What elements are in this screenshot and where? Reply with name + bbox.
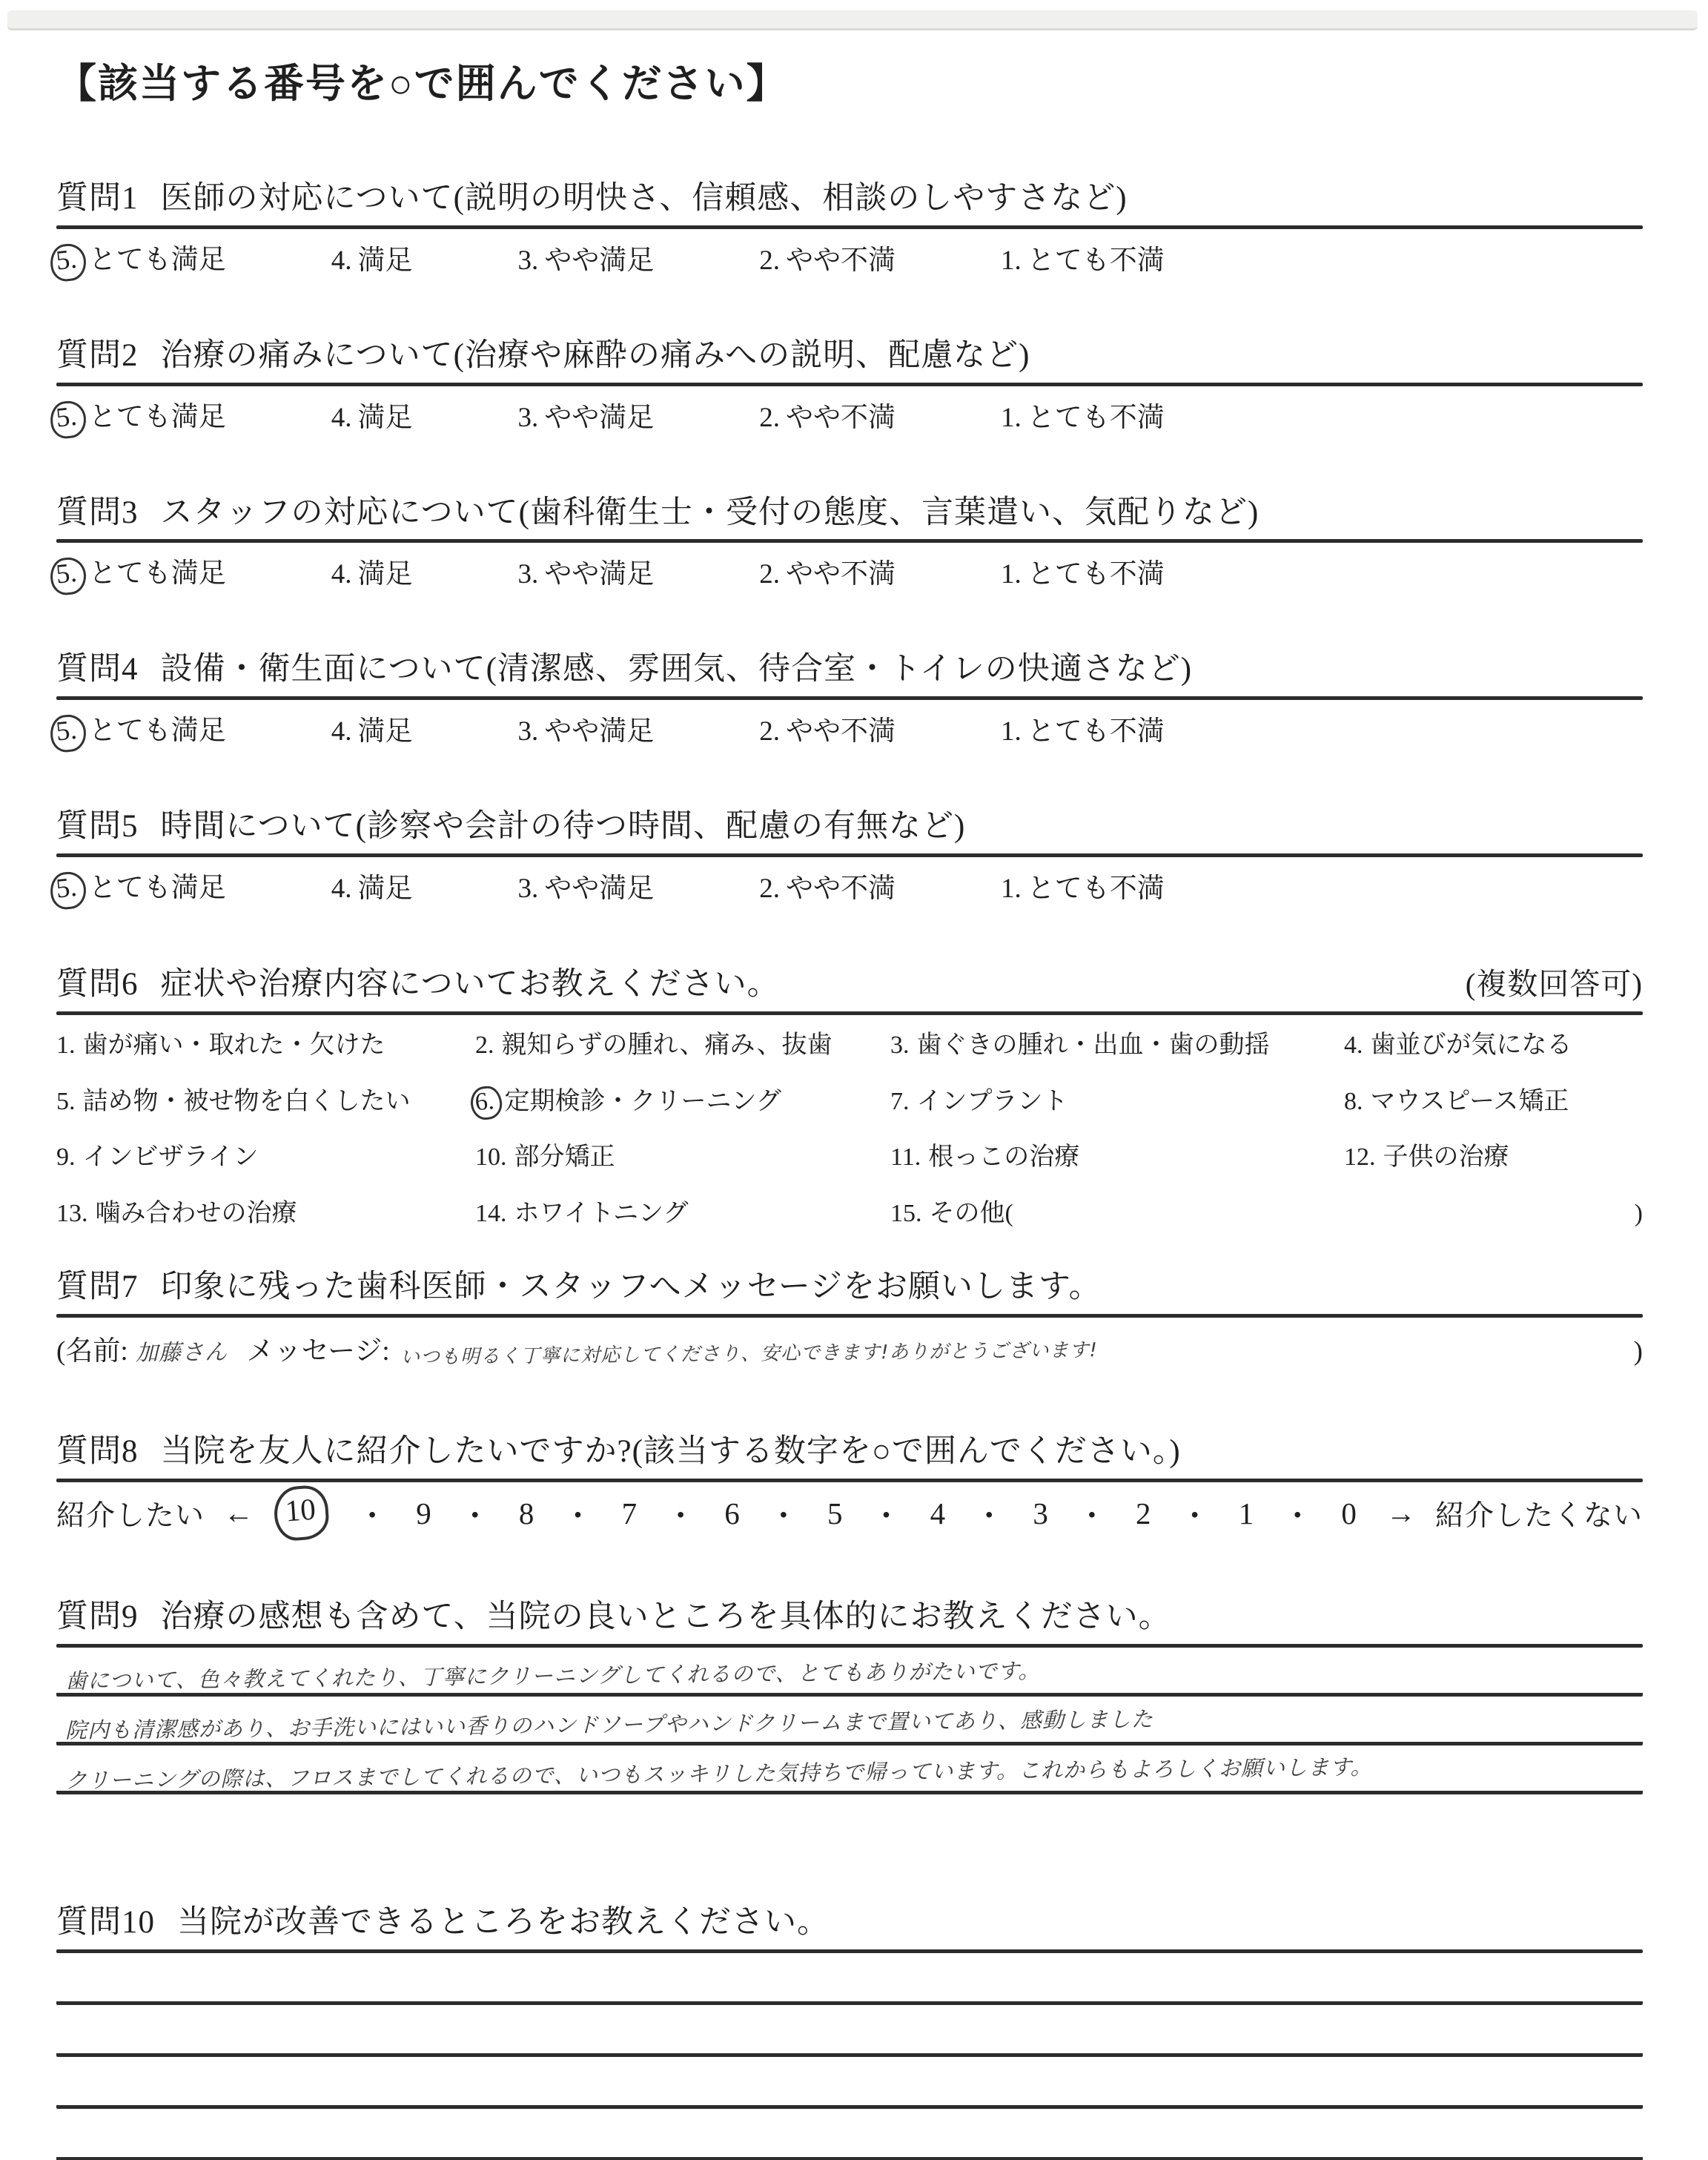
question-2-heading: 質問2治療の痛みについて(治療や麻酔の痛みへの説明、配慮など) [56, 335, 1643, 377]
rating-option-1: 1.とても不満 [1001, 714, 1165, 750]
symptom-option-5: 5.詰め物・被せ物を白くしたい [56, 1085, 475, 1119]
scale-separator: ・ [460, 1491, 490, 1535]
option-number: 13. [56, 1200, 88, 1227]
right-arrow-icon: → [1386, 1496, 1416, 1530]
option-label: とても満足 [89, 873, 226, 903]
symptom-option-8: 8.マウスピース矯正 [1344, 1085, 1643, 1119]
circled-answer-mark: 5. [49, 871, 88, 911]
option-label: 満足 [358, 716, 413, 747]
question-number: 質問5 [56, 809, 139, 844]
question-number: 質問6 [56, 967, 139, 1002]
option-number: 4. [331, 403, 352, 433]
survey-form-page: 【該当する番号を○で囲んでください】 質問1医師の対応について(説明の明快さ、信… [0, 0, 1708, 2160]
option-label: やや不満 [786, 716, 896, 747]
option-number: 15. [890, 1200, 922, 1227]
option-number: 8. [1344, 1088, 1363, 1115]
question-1-block: 質問1医師の対応について(説明の明快さ、信頼感、相談のしやすさなど) 5.とても… [56, 178, 1643, 280]
option-label: 子供の治療 [1383, 1143, 1509, 1171]
option-label: 満足 [358, 403, 413, 433]
close-paren: ) [1634, 1335, 1643, 1367]
option-number: 7. [890, 1088, 910, 1115]
divider [56, 1314, 1643, 1318]
option-label: やや満足 [544, 245, 654, 276]
option-number: 11. [890, 1143, 921, 1171]
handwritten-answer: 院内も清潔感があり、お手洗いにはいい香りのハンドソープやハンドクリームまで置いて… [56, 1702, 1153, 1745]
option-number: 1. [1001, 559, 1022, 589]
scale-separator: ・ [666, 1491, 696, 1535]
option-number: 3. [518, 716, 539, 747]
rating-option-3: 3.やや満足 [518, 243, 655, 279]
option-number: 1. [1001, 873, 1022, 904]
question-5-block: 質問5時間について(診察や会計の待つ時間、配慮の有無など) 5.とても満足 4.… [56, 806, 1643, 908]
divider [56, 853, 1643, 857]
question-number: 質問3 [56, 495, 139, 530]
option-number: 1. [1001, 716, 1022, 747]
option-label: とても不満 [1027, 245, 1165, 276]
option-number: 2. [759, 403, 780, 433]
question-9-heading: 質問9治療の感想も含めて、当院の良いところを具体的にお教えください。 [56, 1596, 1643, 1638]
question-topic: 医師の対応について(説明の明快さ、信頼感、相談のしやすさなど) [161, 181, 1128, 216]
scale-separator: ・ [1179, 1491, 1210, 1535]
scale-4: 4 [930, 1496, 946, 1531]
scale-separator: ・ [1076, 1491, 1107, 1535]
scale-separator: ・ [563, 1491, 593, 1535]
symptom-option-15-other: 15.その他( [890, 1197, 1344, 1231]
option-number: 3. [518, 245, 539, 276]
circled-answer-mark: 5. [49, 556, 88, 597]
option-label: 歯が痛い・取れた・欠けた [83, 1031, 385, 1059]
circled-answer-mark: 5. [49, 713, 88, 754]
question-1-options: 5.とても満足 4.満足 3.やや満足 2.やや不満 1.とても不満 [56, 242, 1643, 280]
empty-answer-line-4 [56, 2109, 1643, 2160]
option-label: 満足 [358, 245, 413, 276]
rating-option-4: 4.満足 [331, 871, 413, 907]
circled-answer-mark: 5. [49, 399, 88, 440]
symptom-option-10: 10.部分矯正 [475, 1140, 890, 1175]
scale-0: 0 [1341, 1496, 1357, 1531]
option-number: 1. [1001, 245, 1022, 276]
rating-option-4: 4.満足 [331, 400, 413, 436]
answer-line-1: 歯について、色々教えてくれたり、丁寧にクリーニングしてくれるので、とてもありがた… [56, 1648, 1643, 1697]
rating-option-2: 2.やや不満 [759, 871, 896, 907]
handwritten-answer: クリーニングの際は、フロスまでしてくれるので、いつもスッキリした気持ちで帰ってい… [56, 1751, 1373, 1794]
scale-9: 9 [416, 1496, 431, 1531]
question-6-block: 質問6症状や治療内容についてお教えください。 (複数回答可) 1.歯が痛い・取れ… [56, 960, 1643, 1231]
question-number: 質問1 [56, 181, 139, 216]
option-number: 4. [1344, 1031, 1363, 1059]
scale-separator: ・ [974, 1491, 1004, 1535]
option-label: とても満足 [89, 245, 226, 275]
question-9-block: 質問9治療の感想も含めて、当院の良いところを具体的にお教えください。 歯について… [56, 1596, 1643, 1794]
question-7-block: 質問7印象に残った歯科医師・スタッフへメッセージをお願いします。 (名前: 加藤… [56, 1266, 1643, 1368]
question-4-options: 5.とても満足 4.満足 3.やや満足 2.やや不満 1.とても不満 [56, 713, 1643, 750]
circled-scale-10: 10 [273, 1484, 331, 1542]
form-content: 【該当する番号を○で囲んでください】 質問1医師の対応について(説明の明快さ、信… [56, 0, 1643, 2160]
rating-option-1: 1.とても不満 [1001, 243, 1165, 279]
handwritten-message: いつも明るく丁寧に対応してくださり、安心できます!ありがとうございます! [400, 1335, 1098, 1370]
question-1-heading: 質問1医師の対応について(説明の明快さ、信頼感、相談のしやすさなど) [56, 178, 1643, 219]
option-number: 4. [331, 873, 352, 904]
option-number: 1. [56, 1031, 76, 1059]
question-8-block: 質問8当院を友人に紹介したいですか?(該当する数字を○で囲んでください。) 紹介… [56, 1431, 1643, 1535]
question-4-block: 質問4設備・衛生面について(清潔感、雰囲気、待合室・トイレの快適さなど) 5.と… [56, 649, 1643, 750]
option-label: インプラント [917, 1088, 1068, 1115]
option-number: 2. [759, 245, 780, 276]
question-5-heading: 質問5時間について(診察や会計の待つ時間、配慮の有無など) [56, 806, 1643, 848]
rating-option-5: 5.とても満足 [56, 242, 226, 280]
scale-7: 7 [622, 1496, 638, 1531]
question-topic: 当院が改善できるところをお教えください。 [177, 1905, 830, 1940]
rating-option-4: 4.満足 [331, 557, 413, 592]
option-label: 歯ぐきの腫れ・出血・歯の動揺 [917, 1031, 1270, 1059]
option-number: 9. [56, 1143, 76, 1171]
handwritten-name: 加藤さん [135, 1333, 227, 1367]
option-label: 満足 [358, 559, 413, 589]
scale-5: 5 [827, 1496, 843, 1531]
scale-3: 3 [1033, 1496, 1048, 1531]
symptom-option-11: 11.根っこの治療 [890, 1140, 1344, 1175]
symptom-option-14: 14.ホワイトニング [475, 1197, 890, 1231]
option-label: その他( [930, 1200, 1013, 1227]
rating-option-3: 3.やや満足 [518, 400, 655, 436]
option-label: とても不満 [1027, 873, 1165, 904]
option-label: 歯並びが気になる [1371, 1031, 1572, 1059]
question-2-options: 5.とても満足 4.満足 3.やや満足 2.やや不満 1.とても不満 [56, 400, 1643, 437]
option-label: 詰め物・被せ物を白くしたい [83, 1088, 411, 1115]
question-3-heading: 質問3スタッフの対応について(歯科衛生士・受付の態度、言葉遣い、気配りなど) [56, 492, 1643, 534]
rating-option-4: 4.満足 [331, 714, 413, 750]
divider [56, 539, 1643, 543]
question-number: 質問7 [56, 1269, 139, 1304]
question-10-heading: 質問10当院が改善できるところをお教えください。 [56, 1902, 1643, 1943]
symptom-option-12: 12.子供の治療 [1344, 1140, 1643, 1175]
question-10-block: 質問10当院が改善できるところをお教えください。 [56, 1902, 1643, 2160]
option-number: 2. [759, 559, 780, 589]
option-label: マウスピース矯正 [1371, 1088, 1569, 1115]
option-label: とても不満 [1027, 559, 1165, 589]
divider [56, 1479, 1643, 1482]
option-label: やや不満 [786, 403, 896, 433]
question-2-block: 質問2治療の痛みについて(治療や麻酔の痛みへの説明、配慮など) 5.とても満足 … [56, 335, 1643, 437]
question-topic: 印象に残った歯科医師・スタッフへメッセージをお願いします。 [161, 1269, 1102, 1304]
scale-separator: ・ [1282, 1491, 1313, 1535]
rating-option-1: 1.とても不満 [1001, 871, 1165, 907]
option-label: 根っこの治療 [928, 1143, 1079, 1171]
option-label: とても満足 [89, 558, 226, 589]
multiple-answers-note: (複数回答可) [1466, 960, 1643, 1003]
option-label: やや満足 [544, 716, 654, 747]
option-label: とても不満 [1027, 403, 1165, 433]
divider [56, 225, 1643, 229]
question-6-heading: 質問6症状や治療内容についてお教えください。 [56, 964, 780, 1005]
question-topic: 治療の痛みについて(治療や麻酔の痛みへの説明、配慮など) [161, 338, 1030, 373]
rating-option-5: 5.とても満足 [56, 556, 226, 593]
option-number: 2. [759, 716, 780, 747]
rating-option-2: 2.やや不満 [759, 714, 896, 750]
question-topic: 治療の感想も含めて、当院の良いところを具体的にお教えください。 [161, 1599, 1171, 1634]
symptom-option-6-circled: 6.定期検診・クリーニング [475, 1085, 890, 1119]
question-7-heading: 質問7印象に残った歯科医師・スタッフへメッセージをお願いします。 [56, 1266, 1643, 1308]
option-number: 5. [56, 1088, 76, 1115]
rating-option-2: 2.やや不満 [759, 400, 896, 436]
option-number: 2. [759, 873, 780, 904]
rating-option-2: 2.やや不満 [759, 243, 896, 279]
option-number: 3. [518, 873, 539, 904]
option-label: やや満足 [544, 873, 654, 904]
option-label: やや不満 [786, 559, 896, 589]
option-number: 12. [1344, 1143, 1376, 1171]
answer-line-2: 院内も清潔感があり、お手洗いにはいい香りのハンドソープやハンドクリームまで置いて… [56, 1697, 1643, 1745]
rating-option-5: 5.とても満足 [56, 400, 226, 437]
option-label: 満足 [358, 873, 413, 904]
name-prefix-label: (名前: [56, 1328, 128, 1368]
scale-separator: ・ [871, 1491, 901, 1535]
divider [56, 696, 1643, 700]
rating-option-1: 1.とても不満 [1001, 400, 1165, 436]
scale-left-label: 紹介したい [56, 1493, 205, 1534]
scale-8: 8 [519, 1496, 534, 1531]
option-number: 4. [331, 559, 352, 589]
rating-option-5: 5.とても満足 [56, 713, 226, 750]
symptom-option-1: 1.歯が痛い・取れた・欠けた [56, 1028, 475, 1063]
symptom-option-13: 13.噛み合わせの治療 [56, 1197, 475, 1231]
option-label: やや満足 [544, 559, 654, 589]
question-6-heading-row: 質問6症状や治療内容についてお教えください。 (複数回答可) [56, 960, 1643, 1005]
option-label: ホワイトニング [514, 1200, 689, 1227]
rating-option-1: 1.とても不満 [1001, 557, 1165, 592]
option-label: とても満足 [89, 402, 226, 432]
option-number: 14. [475, 1200, 507, 1227]
symptom-option-3: 3.歯ぐきの腫れ・出血・歯の動揺 [890, 1028, 1344, 1063]
left-arrow-icon: ← [224, 1496, 254, 1530]
option-label: とても満足 [89, 716, 226, 746]
option-number: 4. [331, 245, 352, 276]
option-number: 3. [518, 559, 539, 589]
scale-right-label: 紹介したくない [1435, 1493, 1643, 1534]
question-number: 質問10 [56, 1905, 155, 1940]
scale-separator: ・ [357, 1491, 388, 1535]
question-number: 質問8 [56, 1434, 139, 1469]
option-number: 3. [518, 403, 539, 433]
symptom-options-grid: 1.歯が痛い・取れた・欠けた 2.親知らずの腫れ、痛み、抜歯 3.歯ぐきの腫れ・… [56, 1028, 1643, 1232]
question-5-options: 5.とても満足 4.満足 3.やや満足 2.やや不満 1.とても不満 [56, 871, 1643, 908]
option-label: やや不満 [786, 245, 896, 276]
option-label: やや満足 [544, 403, 654, 433]
symptom-option-2: 2.親知らずの腫れ、痛み、抜歯 [475, 1028, 890, 1063]
message-answer-row: (名前: 加藤さん メッセージ: いつも明るく丁寧に対応してくださり、安心できま… [56, 1328, 1643, 1368]
question-topic: 時間について(診察や会計の待つ時間、配慮の有無など) [161, 809, 966, 844]
question-8-heading: 質問8当院を友人に紹介したいですか?(該当する数字を○で囲んでください。) [56, 1431, 1643, 1473]
symptom-option-4: 4.歯並びが気になる [1344, 1028, 1643, 1063]
scale-6: 6 [724, 1496, 740, 1531]
scale-1: 1 [1239, 1496, 1254, 1531]
other-close-paren: ) [1635, 1197, 1643, 1231]
option-label: インビザライン [83, 1143, 259, 1171]
option-label: 定期検診・クリーニング [505, 1088, 781, 1115]
question-number: 質問9 [56, 1599, 139, 1634]
question-4-heading: 質問4設備・衛生面について(清潔感、雰囲気、待合室・トイレの快適さなど) [56, 649, 1643, 690]
scale-numbers: 10 ・ 9 ・ 8 ・ 7 ・ 6 ・ 5 ・ 4 ・ 3 ・ 2 [273, 1491, 1367, 1535]
option-label: 親知らずの腫れ、痛み、抜歯 [502, 1031, 833, 1059]
rating-option-5: 5.とても満足 [56, 871, 226, 908]
empty-answer-line-2 [56, 2005, 1643, 2057]
question-topic: 当院を友人に紹介したいですか?(該当する数字を○で囲んでください。) [161, 1434, 1181, 1469]
option-number: 1. [1001, 403, 1022, 433]
option-number: 10. [475, 1143, 507, 1171]
rating-option-3: 3.やや満足 [518, 871, 655, 907]
message-prefix-label: メッセージ: [247, 1328, 390, 1368]
option-number: 2. [475, 1031, 494, 1059]
divider [56, 383, 1643, 386]
option-label: 噛み合わせの治療 [96, 1200, 297, 1227]
rating-option-2: 2.やや不満 [759, 557, 896, 592]
question-topic: 設備・衛生面について(清潔感、雰囲気、待合室・トイレの快適さなど) [161, 652, 1193, 687]
answer-line-3: クリーニングの際は、フロスまでしてくれるので、いつもスッキリした気持ちで帰ってい… [56, 1745, 1643, 1794]
page-title: 【該当する番号を○で囲んでください】 [56, 61, 1643, 107]
question-topic: スタッフの対応について(歯科衛生士・受付の態度、言葉遣い、気配りなど) [161, 495, 1260, 530]
empty-answer-line-3 [56, 2057, 1643, 2109]
circled-answer-mark: 5. [49, 242, 88, 283]
handwritten-answer: 歯について、色々教えてくれたり、丁寧にクリーニングしてくれるので、とてもありがた… [56, 1654, 1041, 1697]
option-label: とても不満 [1027, 716, 1165, 747]
nps-scale-row: 紹介したい ← 10 ・ 9 ・ 8 ・ 7 ・ 6 ・ 5 ・ 4 ・ [56, 1491, 1643, 1535]
question-3-options: 5.とても満足 4.満足 3.やや満足 2.やや不満 1.とても不満 [56, 556, 1643, 593]
question-number: 質問4 [56, 652, 139, 687]
option-number: 4. [331, 716, 352, 747]
rating-option-3: 3.やや満足 [518, 714, 655, 750]
rating-option-3: 3.やや満足 [518, 557, 655, 592]
symptom-option-9: 9.インビザライン [56, 1140, 475, 1175]
symptom-option-7: 7.インプラント [890, 1085, 1344, 1119]
question-topic: 症状や治療内容についてお教えください。 [161, 967, 780, 1002]
scale-separator: ・ [768, 1491, 798, 1535]
empty-answer-line-1 [56, 1953, 1643, 2005]
option-label: 部分矯正 [514, 1143, 615, 1171]
option-number: 3. [890, 1031, 910, 1059]
rating-option-4: 4.満足 [331, 243, 413, 279]
option-label: やや不満 [786, 873, 896, 904]
question-number: 質問2 [56, 338, 139, 373]
scale-2: 2 [1136, 1496, 1151, 1531]
divider [56, 1011, 1643, 1015]
question-3-block: 質問3スタッフの対応について(歯科衛生士・受付の態度、言葉遣い、気配りなど) 5… [56, 492, 1643, 594]
